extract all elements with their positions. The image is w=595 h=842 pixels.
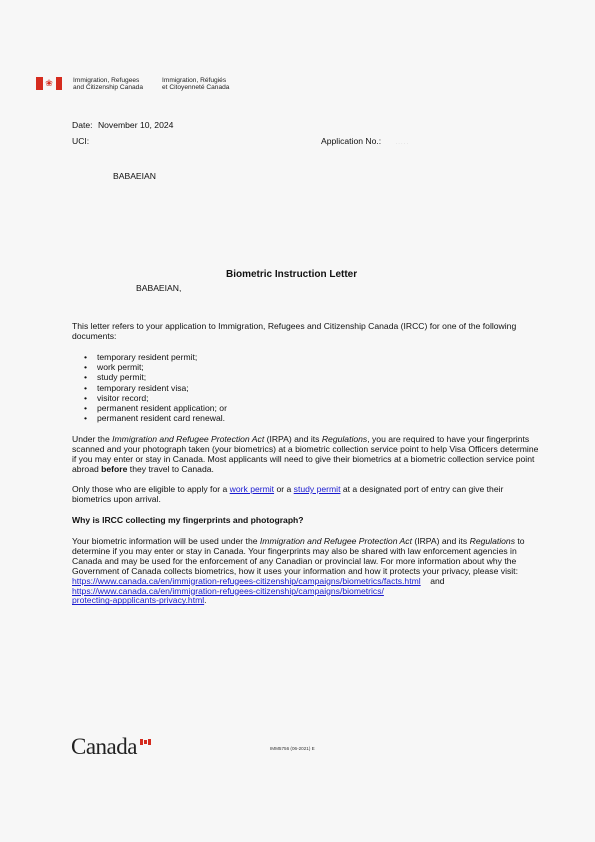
department-name-fr: Immigration, Réfugiés et Citoyenneté Can… [162,77,229,92]
requirement-paragraph: Under the Immigration and Refugee Protec… [72,435,542,475]
department-name-en: Immigration, Refugees and Citizenship Ca… [73,77,143,92]
uci-label: UCI: [72,136,89,146]
letter-title: Biometric Instruction Letter [226,269,357,280]
list-item: work permit; [84,362,227,372]
text: (IRPA) and its [264,434,322,444]
text: . [204,595,206,605]
application-label: Application No.: [321,136,381,146]
privacy-link-part1[interactable]: https://www.canada.ca/en/immigration-ref… [72,586,384,596]
text: or a [274,484,294,494]
canada-flag-icon: ❀ [36,77,62,90]
regulations: Regulations [322,434,367,444]
text: Your biometric information will be used … [72,536,260,546]
port-of-entry-paragraph: Only those who are eligible to apply for… [72,485,542,505]
canada-wordmark-flag-icon [140,739,151,745]
date-label: Date: [72,120,93,130]
emphasis-before: before [101,464,127,474]
date-value: November 10, 2024 [98,120,173,130]
canada-wordmark: Canada [71,734,137,760]
date-row: Date: November 10, 2024 [72,120,173,130]
privacy-link-part2[interactable]: protecting-appplicants-privacy.html [72,595,204,605]
text: and [430,576,444,586]
list-item: temporary resident visa; [84,383,227,393]
list-item: permanent resident card renewal. [84,413,227,423]
privacy-link[interactable]: https://www.canada.ca/en/immigration-ref… [72,586,384,606]
text: Under the [72,434,112,444]
salutation: BABAEIAN, [136,283,181,293]
form-number: IMM5756 (06-2021) E [270,746,315,751]
list-item: permanent resident application; or [84,403,227,413]
dept-fr-line1: Immigration, Réfugiés [162,77,229,84]
study-permit-link[interactable]: study permit [294,484,341,494]
list-item: temporary resident permit; [84,352,227,362]
dept-fr-line2: et Citoyenneté Canada [162,84,229,91]
recipient-name: BABAEIAN [113,171,156,181]
list-item: study permit; [84,372,227,382]
biometrics-facts-link[interactable]: https://www.canada.ca/en/immigration-ref… [72,576,421,586]
documents-list: temporary resident permit; work permit; … [84,352,227,423]
act-name: Immigration and Refugee Protection Act [112,434,264,444]
work-permit-link[interactable]: work permit [230,484,274,494]
biometric-use-paragraph: Your biometric information will be used … [72,537,542,606]
text: Only those who are eligible to apply for… [72,484,230,494]
act-name: Immigration and Refugee Protection Act [260,536,412,546]
dept-en-line1: Immigration, Refugees [73,77,143,84]
list-item: visitor record; [84,393,227,403]
text: they travel to Canada. [127,464,213,474]
dept-en-line2: and Citizenship Canada [73,84,143,91]
application-number-row: Application No.: . . . . . [321,136,408,148]
application-value: . . . . . [396,140,409,146]
intro-paragraph: This letter refers to your application t… [72,322,542,342]
regulations: Regulations [470,536,515,546]
text: (IRPA) and its [412,536,470,546]
section-heading: Why is IRCC collecting my fingerprints a… [72,516,542,526]
